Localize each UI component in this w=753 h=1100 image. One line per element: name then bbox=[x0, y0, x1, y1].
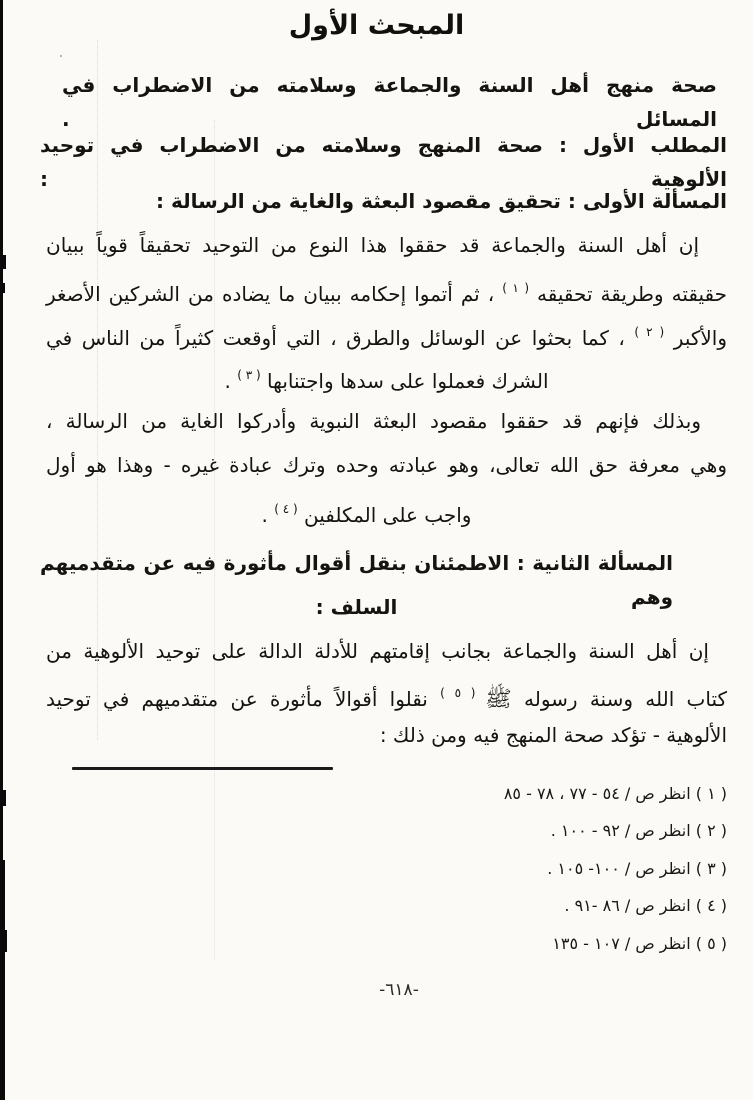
paragraph-1-line-4: الشرك فعملوا على سدها واجتنابها ( ٣ ) . bbox=[140, 358, 633, 398]
paragraph-3-line-2: كتاب الله وسنة رسوله ﷺ ( ٥ ) نقلوا أقوال… bbox=[46, 676, 727, 717]
chapter-subtitle: صحة منهج أهل السنة والجماعة وسلامته من ا… bbox=[62, 68, 717, 136]
heading-masala-2-line-2: السلف : bbox=[160, 590, 553, 624]
paragraph-text: ، كما بحثوا عن الوسائل والطرق ، التي أوق… bbox=[46, 326, 634, 350]
footnote-separator-rule bbox=[72, 767, 333, 770]
paragraph-text: . bbox=[262, 503, 275, 527]
paragraph-text: واجب على المكلفين bbox=[298, 503, 472, 527]
scanned-book-page: المبحث الأول صحة منهج أهل السنة والجماعة… bbox=[0, 0, 753, 1100]
scan-edge-blob bbox=[0, 283, 5, 293]
scan-noise-specks bbox=[60, 55, 62, 57]
footnote-5: ( ٥ ) انظر ص / ١٠٧ - ١٣٥ bbox=[46, 930, 727, 958]
paragraph-text: والأكبر bbox=[664, 326, 727, 350]
footnote-2: ( ٢ ) انظر ص / ٩٢ - ١٠٠ . bbox=[46, 817, 727, 845]
prophet-salutation-symbol: ﷺ bbox=[485, 687, 512, 712]
page-number: -٦١٨- bbox=[45, 980, 753, 1000]
paragraph-text: حقيقته وطريقة تحقيقه bbox=[529, 282, 727, 306]
footnote-ref-4: ( ٤ ) bbox=[274, 502, 297, 516]
heading-masala-1: المسألة الأولى : تحقيق مقصود البعثة والغ… bbox=[46, 184, 727, 218]
paragraph-text: نقلوا أقوالاً مأثورة عن متقدميهم في توحي… bbox=[46, 687, 440, 711]
paragraph-text: . bbox=[225, 369, 238, 393]
footnote-ref-3: ( ٣ ) bbox=[237, 368, 260, 382]
paragraph-text: ، ثم أتموا إحكامه ببيان ما يضاده من الشر… bbox=[46, 282, 502, 306]
scan-edge-strip-thick bbox=[0, 860, 5, 1100]
paragraph-text: كتاب الله وسنة رسوله bbox=[512, 687, 727, 711]
paragraph-3-line-3: الألوهية - تؤكد صحة المنهج فيه ومن ذلك : bbox=[46, 718, 727, 752]
paragraph-1-line-3: والأكبر ( ٢ ) ، كما بحثوا عن الوسائل وال… bbox=[46, 315, 727, 355]
chapter-title: المبحث الأول bbox=[0, 10, 753, 41]
paragraph-text: الشرك فعملوا على سدها واجتنابها bbox=[261, 369, 549, 393]
scan-edge-blob bbox=[0, 930, 7, 952]
paragraph-1-line-1: إن أهل السنة والجماعة قد حققوا هذا النوع… bbox=[46, 228, 727, 262]
paragraph-3-line-1: إن أهل السنة والجماعة بجانب إقامتهم للأد… bbox=[46, 634, 727, 668]
paragraph-2-line-1: وبذلك فإنهم قد حققوا مقصود البعثة النبوي… bbox=[46, 404, 727, 438]
footnote-ref-1: ( ١ ) bbox=[502, 281, 529, 295]
paragraph-1-line-2: حقيقته وطريقة تحقيقه ( ١ ) ، ثم أتموا إح… bbox=[46, 271, 727, 311]
paragraph-2-line-2: وهي معرفة حق الله تعالى، وهو عبادته وحده… bbox=[46, 448, 727, 482]
footnote-3: ( ٣ ) انظر ص / ١٠٠- ١٠٥ . bbox=[46, 855, 727, 883]
paragraph-2-line-3: واجب على المكلفين ( ٤ ) . bbox=[260, 492, 473, 532]
scan-edge-blob bbox=[0, 255, 6, 269]
footnote-ref-5: ( ٥ ) bbox=[440, 686, 485, 700]
footnote-ref-2: ( ٢ ) bbox=[634, 325, 664, 339]
footnote-1: ( ١ ) انظر ص / ٥٤ - ٧٧ ، ٧٨ - ٨٥ bbox=[46, 780, 727, 808]
scan-edge-blob bbox=[0, 790, 6, 806]
footnote-4: ( ٤ ) انظر ص / ٨٦ -٩١ . bbox=[46, 892, 727, 920]
